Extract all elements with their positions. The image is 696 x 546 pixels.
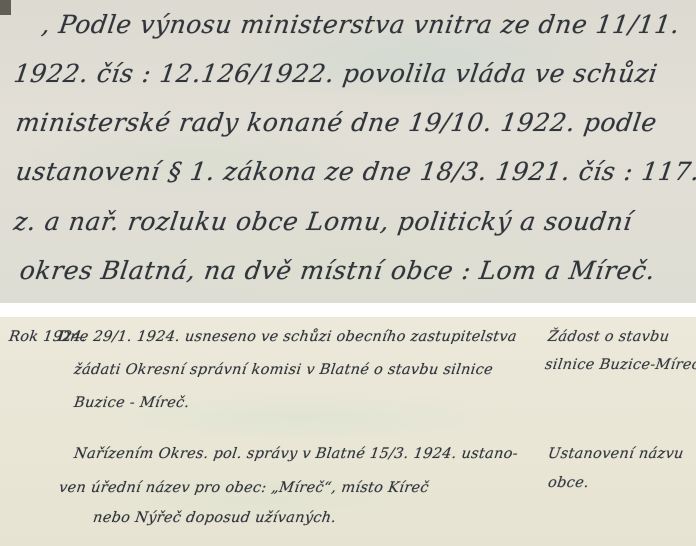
scan-edge-artifact [0,0,11,15]
scan-fragment-1924: Rok 1924. Dne 29/1. 1924. usneseno ve sc… [0,317,696,546]
handwritten-line: , Podle výnosu ministerstva vnitra ze dn… [40,10,682,39]
scanned-document-page: , Podle výnosu ministerstva vnitra ze dn… [0,0,696,546]
margin-note-line: Žádost o stavbu [547,329,670,345]
margin-note-line: Ustanovení názvu [547,446,685,462]
handwritten-line: Buzice - Míreč. [73,395,191,411]
handwritten-line: ministerské rady konané dne 19/10. 1922.… [14,108,659,137]
scan-fragment-1922: , Podle výnosu ministerstva vnitra ze dn… [0,0,696,303]
handwritten-line: z. a nař. rozluku obce Lomu, politický a… [12,207,634,236]
handwritten-line: ven úřední název pro obec: „Míreč“, míst… [58,480,430,496]
margin-note-line: obce. [547,475,590,491]
handwritten-line: Dne 29/1. 1924. usneseno ve schůzi obecn… [57,329,518,345]
handwritten-line: nebo Nýřeč doposud užívaných. [92,510,337,526]
handwritten-line: ustanovení § 1. zákona ze dne 18/3. 1921… [14,157,696,186]
handwritten-line: Nařízením Okres. pol. správy v Blatné 15… [73,446,519,462]
handwritten-line: žádati Okresní správní komisi v Blatné o… [73,362,494,378]
handwritten-line: 1922. čís : 12.126/1922. povolila vláda … [12,59,660,88]
margin-note-line: silnice Buzice-Míreč [544,357,696,373]
handwritten-line: okres Blatná, na dvě místní obce : Lom a… [18,256,657,285]
